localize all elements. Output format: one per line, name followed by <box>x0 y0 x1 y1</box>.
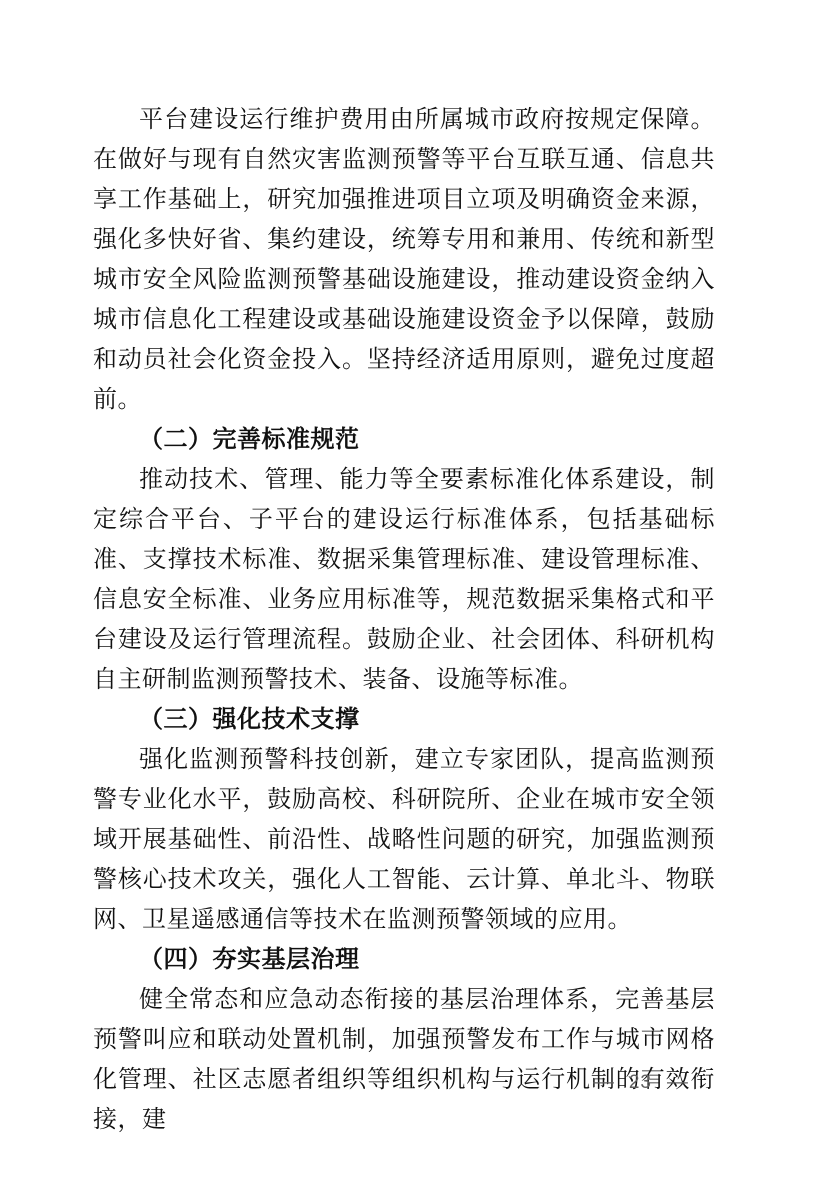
paragraph: 推动技术、管理、能力等全要素标准化体系建设，制定综合平台、子平台的建设运行标准体… <box>93 460 715 700</box>
footer-right-dash: — <box>667 1070 688 1096</box>
page-footer: —23— <box>594 1070 687 1096</box>
section-heading: （三）强化技术支撑 <box>93 700 715 740</box>
footer-left-dash: — <box>593 1070 614 1096</box>
section-heading: （二）完善标准规范 <box>93 420 715 460</box>
paragraph: 平台建设运行维护费用由所属城市政府按规定保障。在做好与现有自然灾害监测预警等平台… <box>93 100 715 420</box>
page-number: 23 <box>629 1070 652 1096</box>
document-body: 平台建设运行维护费用由所属城市政府按规定保障。在做好与现有自然灾害监测预警等平台… <box>93 100 715 1140</box>
paragraph: 健全常态和应急动态衔接的基层治理体系，完善基层预警叫应和联动处置机制，加强预警发… <box>93 980 715 1140</box>
section-heading: （四）夯实基层治理 <box>93 940 715 980</box>
paragraph: 强化监测预警科技创新，建立专家团队，提高监测预警专业化水平，鼓励高校、科研院所、… <box>93 740 715 940</box>
document-page: 平台建设运行维护费用由所属城市政府按规定保障。在做好与现有自然灾害监测预警等平台… <box>0 0 832 1177</box>
